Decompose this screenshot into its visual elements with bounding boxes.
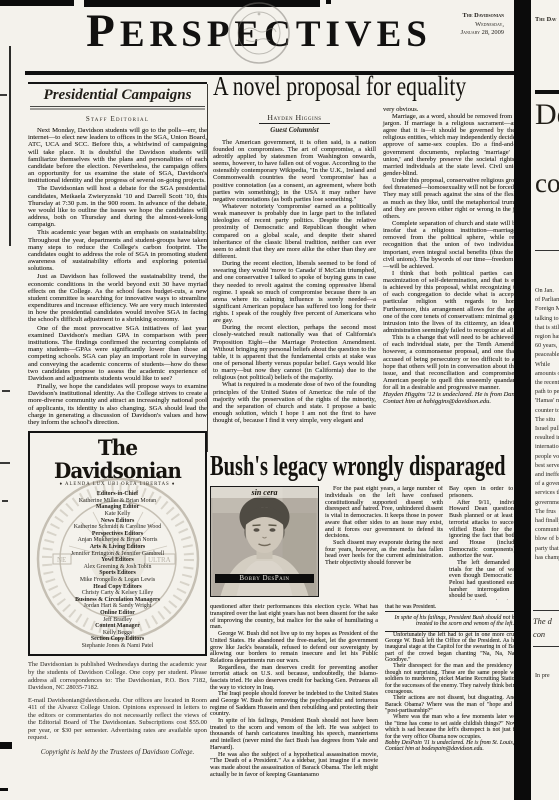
article-paragraph: During the recent election, perhaps the … (213, 324, 376, 381)
article-paragraph: Such dissent may evaporate during the ne… (325, 540, 443, 567)
publication-info-paragraph: The Davidsonian is published Wednesdays … (28, 661, 207, 691)
adjacent-text-line: While (535, 360, 559, 369)
staff-role: Content Manager (33, 623, 202, 630)
adjacent-headline-line: con (535, 170, 559, 197)
editorial-paragraph: This academic year began with an emphasi… (28, 229, 207, 272)
editorial-paragraph: The Davidsonian will host a debate for t… (28, 185, 207, 228)
adjacent-text-lines: On Jan.of ParliameForeign Mitalking toth… (535, 286, 559, 562)
staff-entry: Online Editor Jeff Bradley (33, 610, 202, 623)
article-paragraph: What is required is a moderate dose of t… (213, 381, 376, 424)
adjacent-headline-line: De (535, 100, 559, 130)
adjacent-text-line: amounts of (535, 369, 559, 378)
adjacent-text-line: people voted (535, 452, 559, 461)
staff-role: Yowl Editors (33, 557, 202, 564)
postmark-icon (226, 0, 292, 66)
adjacent-page-rule (535, 250, 559, 251)
adjacent-text-line: peaceable e (535, 350, 559, 359)
article-title: A novel proposal for equality (213, 72, 479, 102)
photo-credit-label: Bobby DesPain (215, 574, 314, 583)
section-title-initial: P (86, 5, 120, 57)
staff-names: Jordan Hart & Sandy Wright (33, 603, 202, 610)
article-paragraph: During the recent election, liberals see… (213, 260, 376, 324)
column-head-label: sin cera (211, 487, 318, 498)
article-paragraph: The American government, it is often sai… (213, 139, 376, 203)
staff-names: Anjan Mukherjee & Bryan Norris (33, 537, 202, 544)
adjacent-text-line: region has b (535, 332, 559, 341)
publication-info-paragraph: E-mail Davidsonian@davidson.edu. Our off… (28, 697, 207, 742)
adjacent-text-line: the recent a (535, 378, 559, 387)
staff-role: Head Copy Editors (33, 584, 202, 591)
adjacent-text-line: had finally (535, 516, 559, 525)
adjacent-text-line: counter to a (535, 406, 559, 415)
editorial-paragraph: One of the most provocative SGA initiati… (28, 325, 207, 382)
staff-editorial-column: Presidential Campaigns Staff Editorial N… (28, 82, 207, 756)
adjacent-page-rule (535, 90, 559, 94)
staff-editorial-label: Staff Editorial (28, 115, 207, 123)
adjacent-text-line: Foreign Mi (535, 304, 559, 313)
scan-artifact (0, 94, 7, 96)
issue-paper-name: The Davidsonian (396, 12, 504, 21)
article-paragraph: The Iraqi people should forever be indeb… (210, 691, 378, 718)
masthead-title: The Davidsonian (37, 436, 198, 482)
masthead-staff-list: Editors-in-Chief Katherine Miller & Bria… (33, 491, 202, 649)
editorial-paragraphs: Next Monday, Davidson students will go t… (28, 127, 207, 426)
scan-artifact (326, 0, 331, 4)
adjacent-page-header: The Dav (535, 16, 557, 23)
staff-role: Managing Editor (33, 504, 202, 511)
editorial-kicker: Presidential Campaigns (28, 82, 207, 106)
staff-names: Christy Carty & Kelsey Lilley (33, 590, 202, 597)
adjacent-text-line: has champio (535, 553, 559, 562)
staff-role: Online Editor (33, 610, 202, 617)
staff-names: Katherine Miller & Brian Moran (33, 498, 202, 505)
adjacent-text-line: path to peac (535, 387, 559, 396)
article-paragraph: Whatever notoriety 'compromise' earned a… (213, 203, 376, 260)
staff-role: Arts & Living Editors (33, 544, 202, 551)
adjacent-text-line: of Parliame (535, 295, 559, 304)
adjacent-text-line: party that ha (535, 544, 559, 553)
byline-author: Hayden Higgins (259, 113, 329, 124)
scan-artifact (0, 462, 10, 464)
adjacent-page-fragment: The Dav De con On Jan.of ParliameForeign… (531, 0, 559, 800)
staff-role: Editors-in-Chief (33, 491, 202, 498)
publication-info: The Davidsonian is published Wednesdays … (28, 661, 207, 741)
staff-entry: Section Copy Editors Stephanie Jones & N… (33, 636, 202, 649)
adjacent-text-line: and ineffecti (535, 470, 559, 479)
staff-names: Jeff Bradley (33, 617, 202, 624)
byline: Hayden Higgins Guest Columnist (213, 107, 376, 134)
staff-names: Kate Kelly (33, 511, 202, 518)
scan-artifact (0, 742, 12, 749)
editorial-paragraph: Next Monday, Davidson students will go t… (28, 127, 207, 184)
kicker-rule-band (30, 106, 205, 111)
staff-names: Jennifer Errington & Jennifer Gambrell (33, 551, 202, 558)
staff-entry: Editors-in-Chief Katherine Miller & Bria… (33, 491, 202, 504)
article-paragraph: In spite of his failings, President Bush… (210, 718, 378, 751)
adjacent-text-line: of a governm (535, 479, 559, 488)
scan-artifact (0, 0, 74, 6)
newspaper-page: PERSPECTIVES The Davidsonian Wednesday, … (0, 0, 559, 800)
adjacent-text-line: resulted in (535, 433, 559, 442)
adjacent-text-line: services that (535, 488, 559, 497)
scan-artifact (0, 788, 8, 791)
article-novel-proposal: A novel proposal for equality Hayden Hig… (213, 72, 545, 424)
adjacent-quote-line: The d (533, 616, 559, 629)
article-paragraph: He was also the subject of a hypothetica… (210, 752, 378, 779)
adjacent-text-line: government (535, 498, 559, 507)
article-paragraphs: The American government, it is often sai… (213, 139, 376, 425)
staff-entry: Sports Editors Mike Frongello & Logan Le… (33, 570, 202, 583)
staff-entry: Perspectives Editors Anjan Mukherjee & B… (33, 531, 202, 544)
column-divider-rule (207, 84, 208, 452)
staff-role: Section Copy Editors (33, 636, 202, 643)
staff-names: Alex Greening & Josh Tobin (33, 564, 202, 571)
scan-artifact (9, 46, 11, 246)
editorial-paragraph: Finally, we hope the candidates will pro… (28, 383, 207, 426)
adjacent-text-line: The frus (535, 507, 559, 516)
staff-entry: News Editors Katherine Schmidt & Carolin… (33, 518, 202, 531)
adjacent-pull-quote: The d con (533, 610, 559, 647)
staff-role: Business & Circulation Managers (33, 597, 202, 604)
staff-names: Katherine Schmidt & Caroline Wood (33, 524, 202, 531)
staff-names: Mike Frongello & Logan Lewis (33, 577, 202, 584)
adjacent-text-line: that is still (535, 323, 559, 332)
masthead-box: NE ULTRA The Davidsonian ♦ ALENDA LUX UB… (28, 431, 207, 656)
staff-names: Stephanie Jones & Nami Patel (33, 643, 202, 650)
scan-artifact (2, 500, 8, 502)
adjacent-text-line: talking to (535, 314, 559, 323)
adjacent-text-line: On Jan. (535, 286, 559, 295)
article-paragraphs: questioned after their performances this… (210, 604, 378, 778)
article-paragraph: George W. Bush did not live up to my hop… (210, 631, 378, 664)
article-lower-column-left: questioned after their performances this… (210, 604, 378, 792)
copyright-line: Copyright is held by the Trustees of Dav… (28, 748, 207, 756)
page-gutter-shadow (514, 0, 531, 800)
article-paragraph: Regardless, the man deserves credit for … (210, 665, 378, 692)
staff-entry: Business & Circulation Managers Jordan H… (33, 597, 202, 610)
staff-entry: Managing Editor Kate Kelly (33, 504, 202, 517)
staff-entry: Yowl Editors Alex Greening & Josh Tobin (33, 557, 202, 570)
scan-artifact (2, 390, 10, 392)
staff-role: Sports Editors (33, 570, 202, 577)
adjacent-text-line: 'Hamas' mea (535, 396, 559, 405)
adjacent-text-line: best serve th (535, 461, 559, 470)
staff-entry: Arts & Living Editors Jennifer Errington… (33, 544, 202, 557)
article-paragraph: questioned after their performances this… (210, 604, 378, 631)
article-column-left: Hayden Higgins Guest Columnist The Ameri… (213, 106, 376, 425)
staff-entry: Content Manager Kelly Beggs (33, 623, 202, 636)
article-column-mid: For the past eight years, a large number… (325, 486, 443, 600)
author-photo: sin cera Bobby DesPain (210, 486, 319, 597)
adjacent-text-line: The situ (535, 415, 559, 424)
adjacent-text-line: 60 years, a (535, 341, 559, 350)
issue-block: The Davidsonian Wednesday, January 28, 2… (396, 12, 504, 38)
article-bush-legacy: Bush's legacy wrongly disparaged (210, 452, 545, 798)
adjacent-text-line: blow of bla (535, 534, 559, 543)
adjacent-text-line: community (535, 525, 559, 534)
staff-entry: Head Copy Editors Christy Carty & Kelsey… (33, 584, 202, 597)
article-title: Bush's legacy wrongly disparaged (210, 452, 455, 481)
adjacent-text-line: In pre (535, 672, 550, 679)
article-paragraphs: For the past eight years, a large number… (325, 486, 443, 566)
editorial-paragraph: Just as Davidson has followed the sustai… (28, 273, 207, 323)
adjacent-text-line: internationa (535, 442, 559, 451)
adjacent-quote-line: con (533, 629, 559, 642)
staff-role: Perspectives Editors (33, 531, 202, 538)
article-paragraph: For the past eight years, a large number… (325, 486, 443, 540)
byline-role: Guest Columnist (213, 126, 376, 134)
issue-date: January 28, 2009 (396, 29, 504, 38)
staff-role: News Editors (33, 518, 202, 525)
issue-day: Wednesday, (396, 21, 504, 30)
adjacent-text-line: Israel pulled (535, 424, 559, 433)
staff-names: Kelly Beggs (33, 630, 202, 637)
